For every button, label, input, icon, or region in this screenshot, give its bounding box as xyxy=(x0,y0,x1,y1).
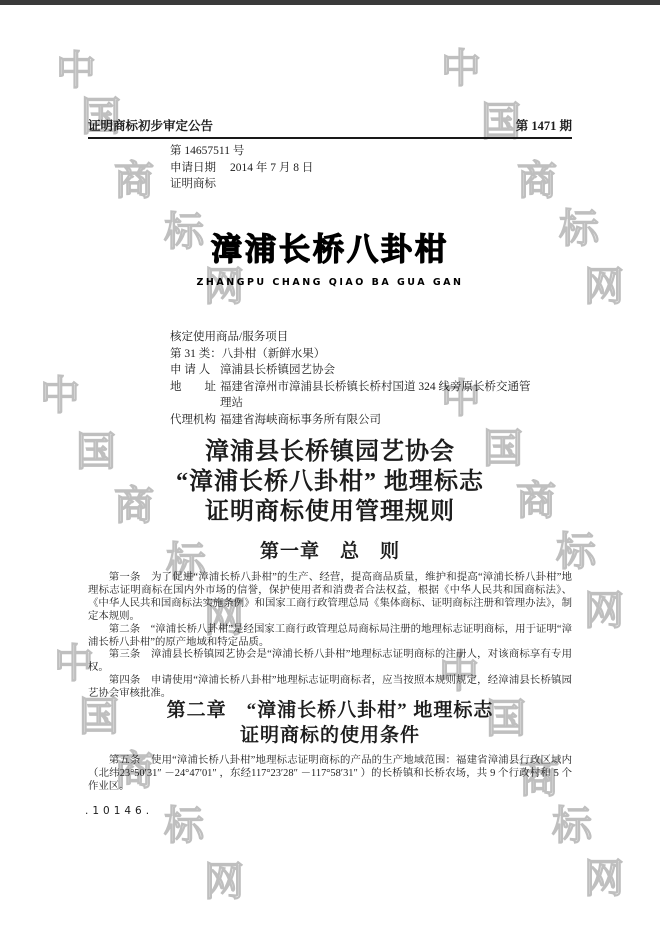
application-info: 第 14657511 号 申请日期2014 年 7 月 8 日 证明商标 xyxy=(170,143,313,193)
approved-goods-details: 核定使用商品/服务项目 第 31 类： 八卦柑（新鲜水果） 申 请 人 漳浦县长… xyxy=(170,329,540,428)
page-number: .10146. xyxy=(85,805,153,817)
chapter1-body: 第一条 为了促进“漳浦长桥八卦柑”的生产、经营，提高商品质量，维护和提高“漳浦长… xyxy=(88,572,572,701)
trademark-logo-text: 漳浦长桥八卦柑 xyxy=(0,224,660,269)
page-content: 证明商标初步审定公告 第 1471 期 第 14657511 号 申请日期201… xyxy=(0,0,660,933)
chapter2-heading: 第二章 “漳浦长桥八卦柑” 地理标志 证明商标的使用条件 xyxy=(0,698,660,748)
chapter2-heading-line: 第二章 “漳浦长桥八卦柑” 地理标志 xyxy=(0,698,660,723)
detail-row: 第 31 类： 八卦柑（新鲜水果） xyxy=(170,346,540,363)
detail-label: 第 31 类： xyxy=(170,346,222,363)
page-header: 证明商标初步审定公告 第 1471 期 xyxy=(88,116,572,139)
gazette-title: 证明商标初步审定公告 xyxy=(88,116,213,134)
application-date-label: 申请日期 xyxy=(170,162,216,174)
application-date-value: 2014 年 7 月 8 日 xyxy=(230,162,313,174)
rule-article-5: 第五条 使用“漳浦长桥八卦柑”地理标志证明商标的产品的生产地域范围：福建省漳浦县… xyxy=(88,755,572,794)
detail-value: 八卦柑（新鲜水果） xyxy=(222,346,540,363)
application-date-row: 申请日期2014 年 7 月 8 日 xyxy=(170,160,313,177)
detail-row: 地 址 福建省漳州市漳浦县长桥镇长桥村国道 324 线旁原长桥交通管理站 xyxy=(170,379,540,412)
rules-title-line: 漳浦县长桥镇园艺协会 xyxy=(0,437,660,467)
gazette-page: 中国商标网中国商标网中国商标网中国商标网中国商标网中国商标网 证明商标初步审定公… xyxy=(0,0,660,933)
rules-document-title: 漳浦县长桥镇园艺协会 “漳浦长桥八卦柑” 地理标志 证明商标使用管理规则 xyxy=(0,437,660,527)
detail-value: 福建省漳州市漳浦县长桥镇长桥村国道 324 线旁原长桥交通管理站 xyxy=(220,379,538,412)
detail-label: 代理机构 xyxy=(170,412,220,429)
chapter1-heading: 第一章 总 则 xyxy=(0,539,660,564)
trademark-logo-block: 漳浦长桥八卦柑 ZHANGPU CHANG QIAO BA GUA GAN xyxy=(0,224,660,288)
rules-title-line: “漳浦长桥八卦柑” 地理标志 xyxy=(0,467,660,497)
detail-value: 漳浦县长桥镇园艺协会 xyxy=(220,362,538,379)
rules-title-line: 证明商标使用管理规则 xyxy=(0,497,660,527)
issue-number: 第 1471 期 xyxy=(516,116,572,134)
detail-label: 申 请 人 xyxy=(170,362,220,379)
detail-label: 地 址 xyxy=(170,379,220,412)
application-number: 第 14657511 号 xyxy=(170,143,313,160)
trademark-logo-pinyin: ZHANGPU CHANG QIAO BA GUA GAN xyxy=(0,277,660,288)
detail-row: 代理机构 福建省海峡商标事务所有限公司 xyxy=(170,412,540,429)
rule-article-1: 第一条 为了促进“漳浦长桥八卦柑”的生产、经营，提高商品质量，维护和提高“漳浦长… xyxy=(88,572,572,624)
chapter2-heading-line: 证明商标的使用条件 xyxy=(0,723,660,748)
detail-row: 申 请 人 漳浦县长桥镇园艺协会 xyxy=(170,362,540,379)
detail-value: 福建省海峡商标事务所有限公司 xyxy=(220,412,538,429)
rule-article-3: 第三条 漳浦县长桥镇园艺协会是“漳浦长桥八卦柑”地理标志证明商标的注册人，对该商… xyxy=(88,649,572,675)
details-section-title: 核定使用商品/服务项目 xyxy=(170,329,540,346)
mark-type: 证明商标 xyxy=(170,176,313,193)
rule-article-2: 第二条 “漳浦长桥八卦柑”是经国家工商行政管理总局商标局注册的地理标志证明商标，… xyxy=(88,624,572,650)
chapter2-body: 第五条 使用“漳浦长桥八卦柑”地理标志证明商标的产品的生产地域范围：福建省漳浦县… xyxy=(88,755,572,794)
